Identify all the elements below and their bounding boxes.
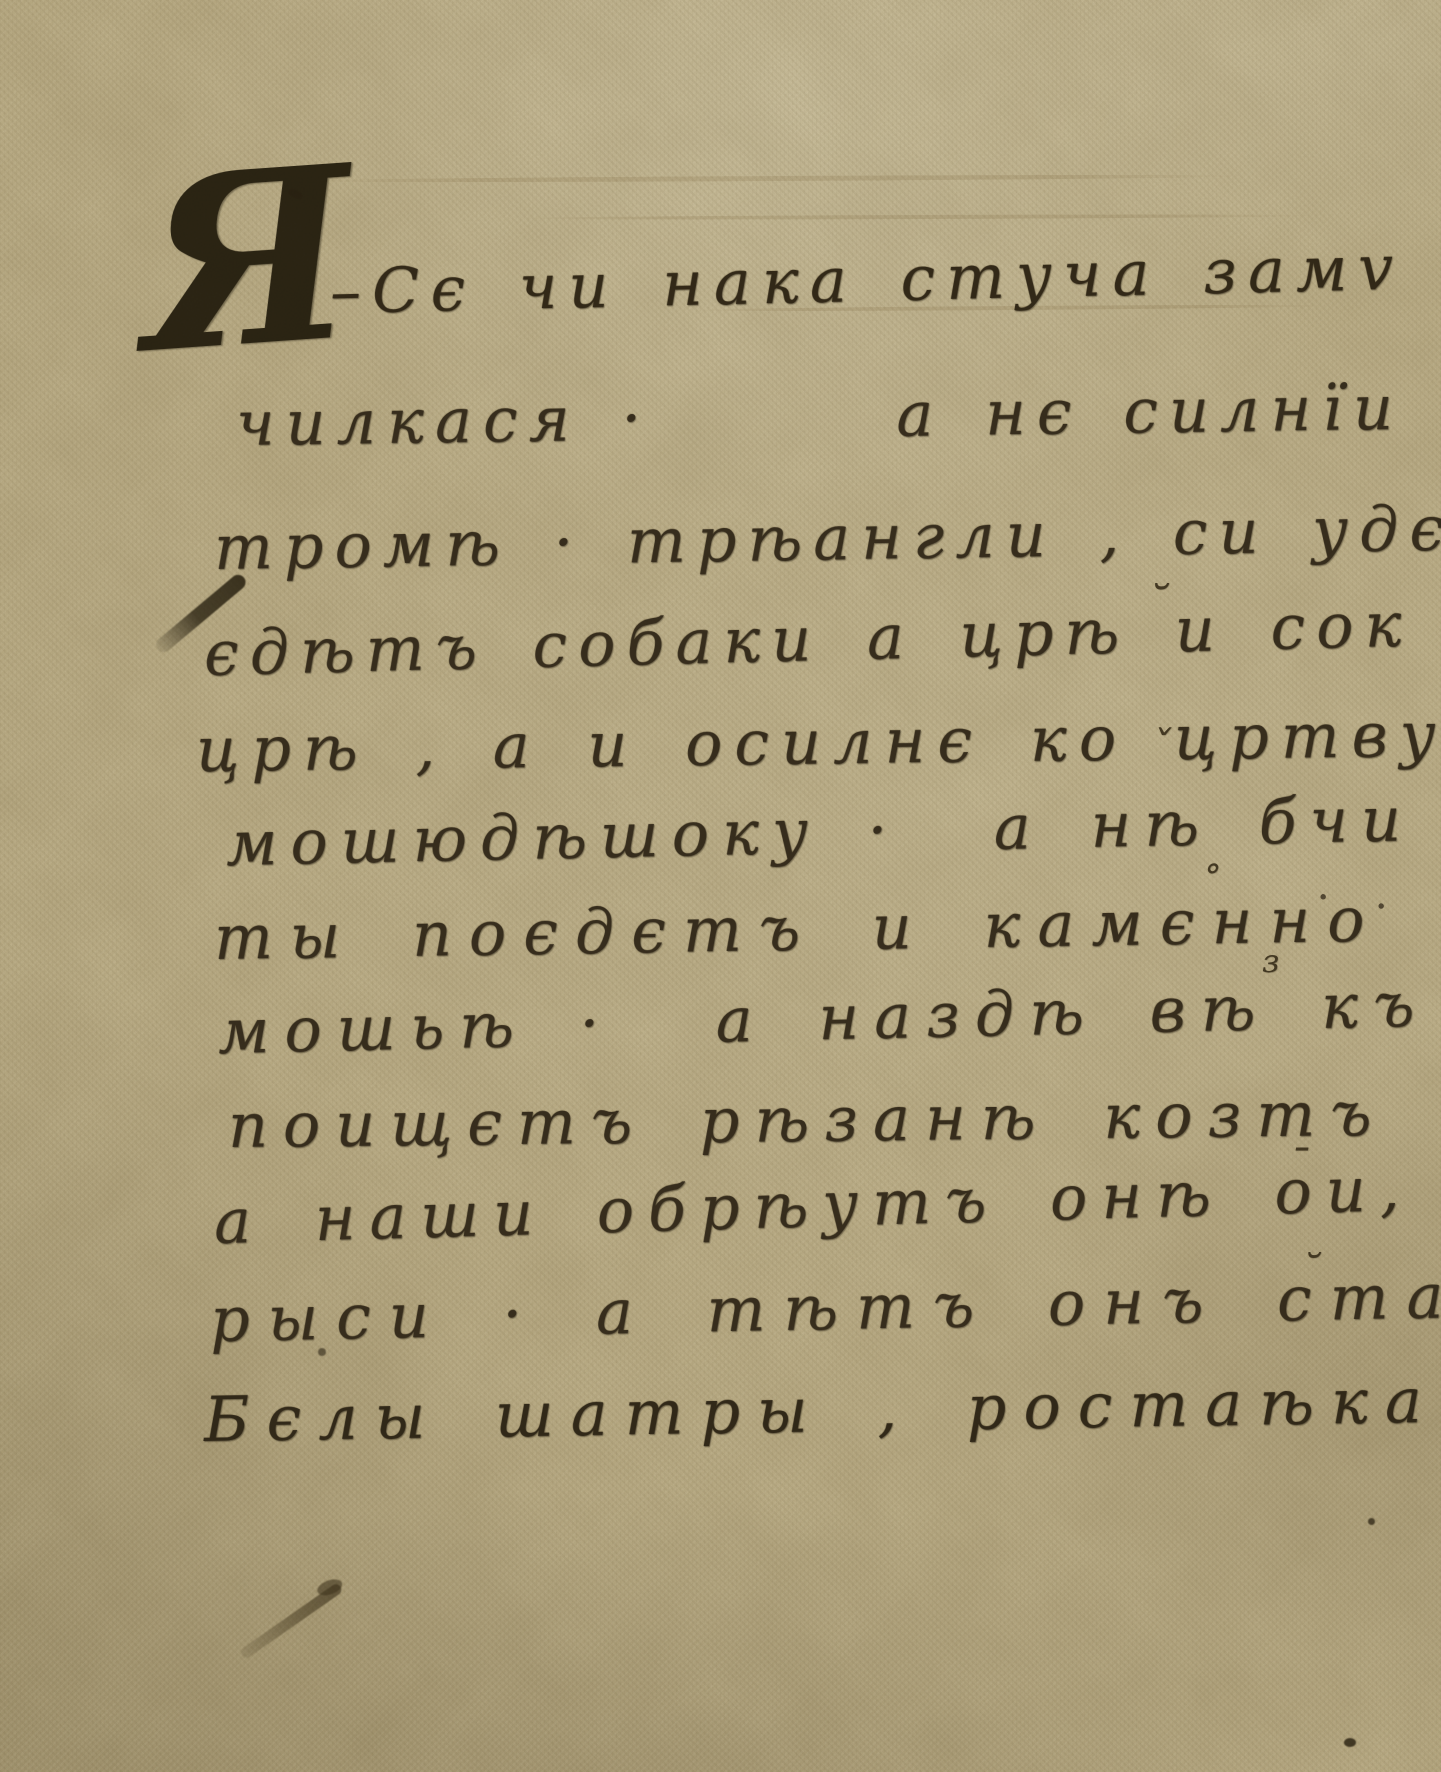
manuscript-page: Я –Сє чи нака стуча замv чилкася · а нє … [0, 0, 1441, 1772]
paper-grain-texture [0, 0, 1441, 1772]
